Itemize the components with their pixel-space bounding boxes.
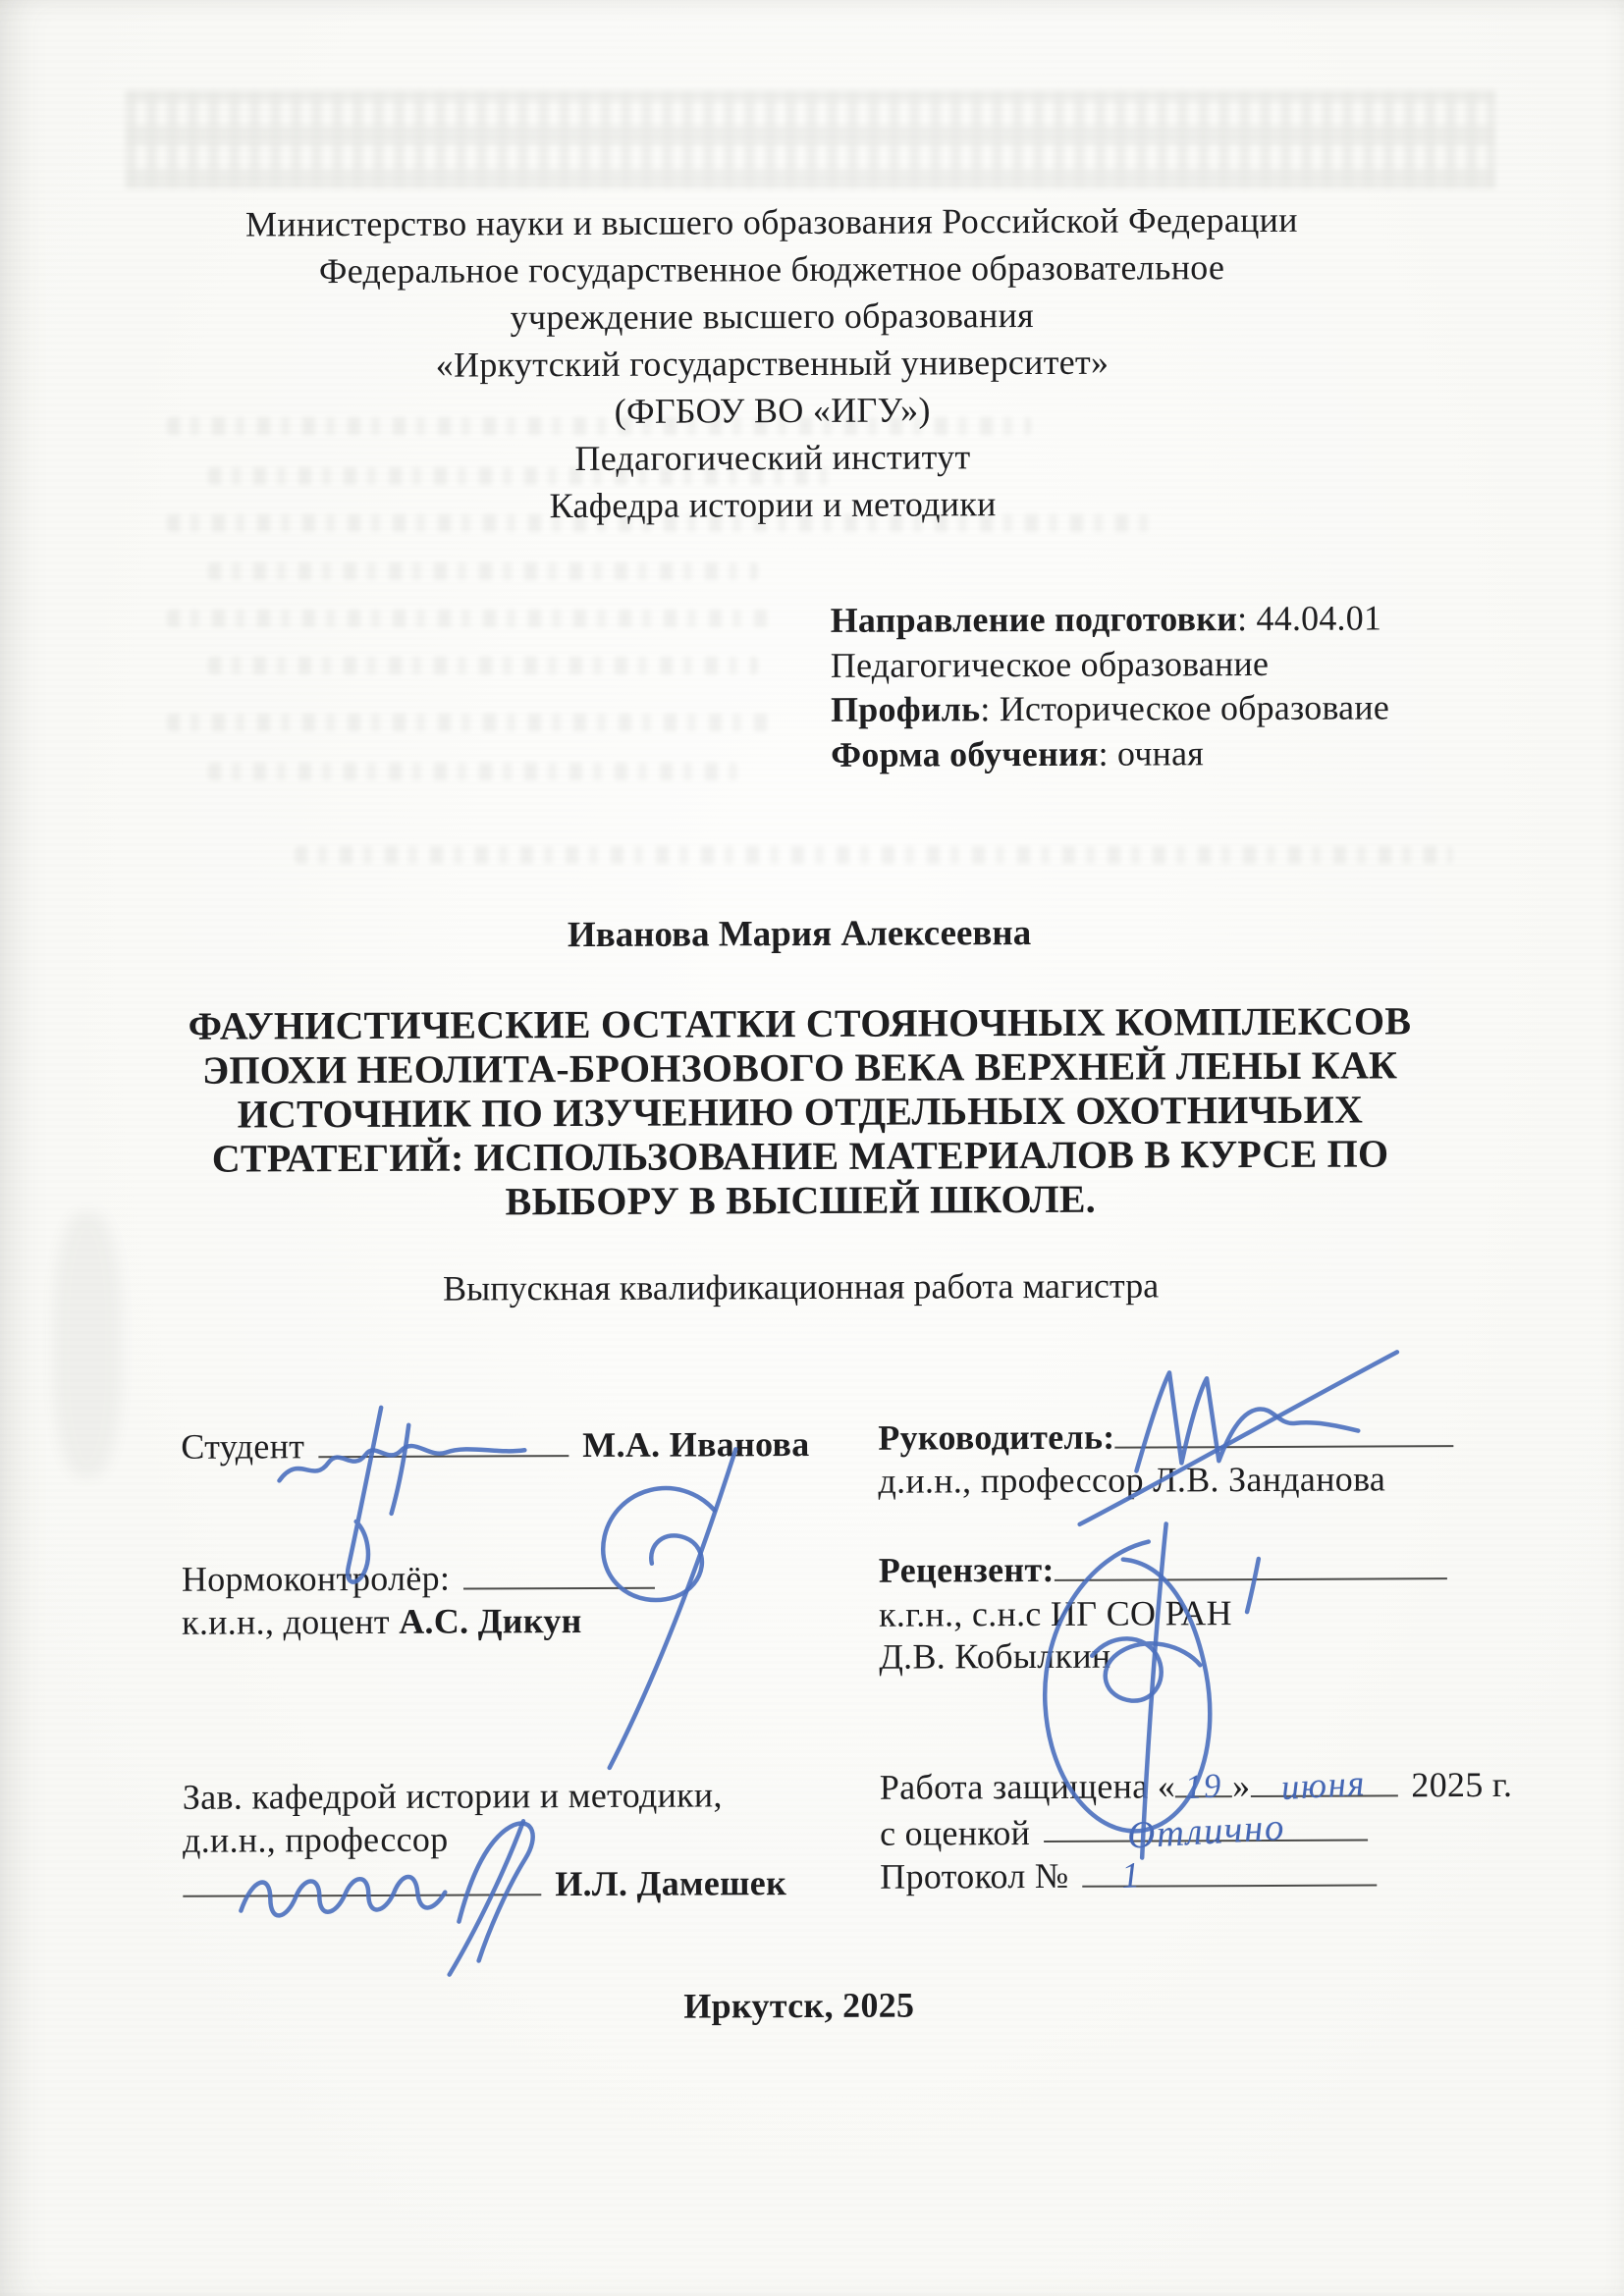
profile-label: Профиль xyxy=(831,689,980,729)
student-line: СтудентМ.А. Иванова xyxy=(181,1423,809,1468)
chair-title-line2: д.и.н., профессор xyxy=(183,1819,449,1861)
header-line-university: «Иркутский государственный университет» xyxy=(84,337,1459,390)
header-line-ministry: Министерство науки и высшего образования… xyxy=(84,195,1459,248)
supervisor-label: Руководитель: xyxy=(878,1417,1114,1458)
student-signature-line xyxy=(318,1424,568,1458)
supervisor-line: Руководитель: xyxy=(878,1415,1453,1459)
defense-date-line: Работа защищена «19»июня2025 г. xyxy=(880,1764,1513,1808)
chair-name: И.Л. Дамешек xyxy=(555,1863,786,1903)
chair-signature-underline xyxy=(183,1864,541,1897)
author-name: Иванова Мария Алексеевна xyxy=(112,910,1487,958)
profile-value: : Историческое образоваие xyxy=(980,687,1389,728)
header-line-institute: Педагогический институт xyxy=(85,431,1460,484)
grade-label: с оценкой xyxy=(880,1813,1030,1853)
title-line: ИСТОЧНИК ПО ИЗУЧЕНИЮ ОТДЕЛЬНЫХ ОХОТНИЧЬИ… xyxy=(113,1087,1488,1137)
defense-day-line: 19 xyxy=(1175,1765,1232,1797)
defense-day-handwritten: 19 xyxy=(1184,1766,1223,1807)
title-line: ЭПОХИ НЕОЛИТА-БРОНЗОВОГО ВЕКА ВЕРХНЕЙ ЛЕ… xyxy=(113,1042,1488,1093)
direction-line2: Педагогическое образование xyxy=(831,641,1389,688)
header-line-federal: Федеральное государственное бюджетное об… xyxy=(84,242,1459,295)
direction-label: Направление подготовки xyxy=(831,599,1238,640)
program-info: Направление подготовки: 44.04.01 Педагог… xyxy=(831,596,1390,776)
protocol-line: Протокол №1 xyxy=(880,1853,1377,1896)
thesis-title: ФАУНИСТИЧЕСКИЕ ОСТАТКИ СТОЯНОЧНЫХ КОМПЛЕ… xyxy=(112,998,1488,1225)
form-value: : очная xyxy=(1099,733,1205,773)
profile-line: Профиль: Историческое образоваие xyxy=(831,685,1389,732)
reviewer-degree: к.г.н., с.н.с ИГ СО РАН xyxy=(879,1592,1232,1635)
defense-month-handwritten: июня xyxy=(1280,1762,1367,1809)
reviewer-name: Д.В. Кобылкин xyxy=(879,1635,1110,1678)
defense-month-line: июня xyxy=(1250,1764,1397,1796)
reviewer-signature-line xyxy=(1055,1548,1447,1581)
grade-underline: Отлично xyxy=(1044,1809,1368,1842)
city-year-footer: Иркутск, 2025 xyxy=(112,1982,1487,2029)
student-label: Студент xyxy=(181,1426,304,1467)
chair-signature-line: И.Л. Дамешек xyxy=(183,1862,786,1906)
normcontrol-name-line: к.и.н., доцент А.С. Дикун xyxy=(182,1600,582,1643)
reviewer-line: Рецензент: xyxy=(879,1547,1447,1591)
defense-infix: » xyxy=(1232,1766,1250,1805)
normcontrol-label: Нормоконтролёр: xyxy=(182,1559,450,1599)
form-line: Форма обучения: очная xyxy=(831,730,1389,777)
supervisor-signature-line xyxy=(1114,1415,1453,1449)
normcontrol-name: А.С. Дикун xyxy=(399,1601,582,1641)
header-line-department: Кафедра истории и методики xyxy=(85,478,1460,531)
title-line: ФАУНИСТИЧЕСКИЕ ОСТАТКИ СТОЯНОЧНЫХ КОМПЛЕ… xyxy=(112,998,1487,1048)
normcontrol-line: Нормоконтролёр: xyxy=(182,1557,655,1600)
university-header: Министерство науки и высшего образования… xyxy=(84,195,1460,531)
scanned-thesis-title-page: Министерство науки и высшего образования… xyxy=(0,0,1624,2296)
header-line-abbrev: (ФГБОУ ВО «ИГУ») xyxy=(85,384,1460,437)
grade-handwritten: Отлично xyxy=(1126,1805,1286,1858)
protocol-underline: 1 xyxy=(1082,1853,1377,1887)
work-type: Выпускная квалификационная работа магист… xyxy=(114,1263,1489,1310)
student-name: М.А. Иванова xyxy=(582,1424,809,1465)
reviewer-label: Рецензент: xyxy=(879,1550,1055,1590)
defense-prefix: Работа защищена « xyxy=(880,1766,1175,1806)
title-line: ВЫБОРУ В ВЫСШЕЙ ШКОЛЕ. xyxy=(113,1175,1488,1225)
grade-line: с оценкойОтлично xyxy=(880,1809,1368,1854)
direction-value: : 44.04.01 xyxy=(1237,598,1381,638)
protocol-label: Протокол № xyxy=(880,1856,1068,1896)
protocol-number-handwritten: 1 xyxy=(1120,1854,1142,1897)
chair-title-line1: Зав. кафедрой истории и методики, xyxy=(183,1774,723,1817)
normcontrol-signature-line xyxy=(463,1557,655,1589)
supervisor-name: д.и.н., профессор Л.В. Занданова xyxy=(878,1458,1385,1501)
form-label: Форма обучения xyxy=(831,733,1099,774)
header-line-institution: учреждение высшего образования xyxy=(84,290,1459,343)
defense-suffix: 2025 г. xyxy=(1411,1765,1512,1804)
title-line: СТРАТЕГИЙ: ИСПОЛЬЗОВАНИЕ МАТЕРИАЛОВ В КУ… xyxy=(113,1131,1488,1181)
direction-line: Направление подготовки: 44.04.01 xyxy=(831,596,1389,643)
normcontrol-degree: к.и.н., доцент xyxy=(182,1602,390,1642)
